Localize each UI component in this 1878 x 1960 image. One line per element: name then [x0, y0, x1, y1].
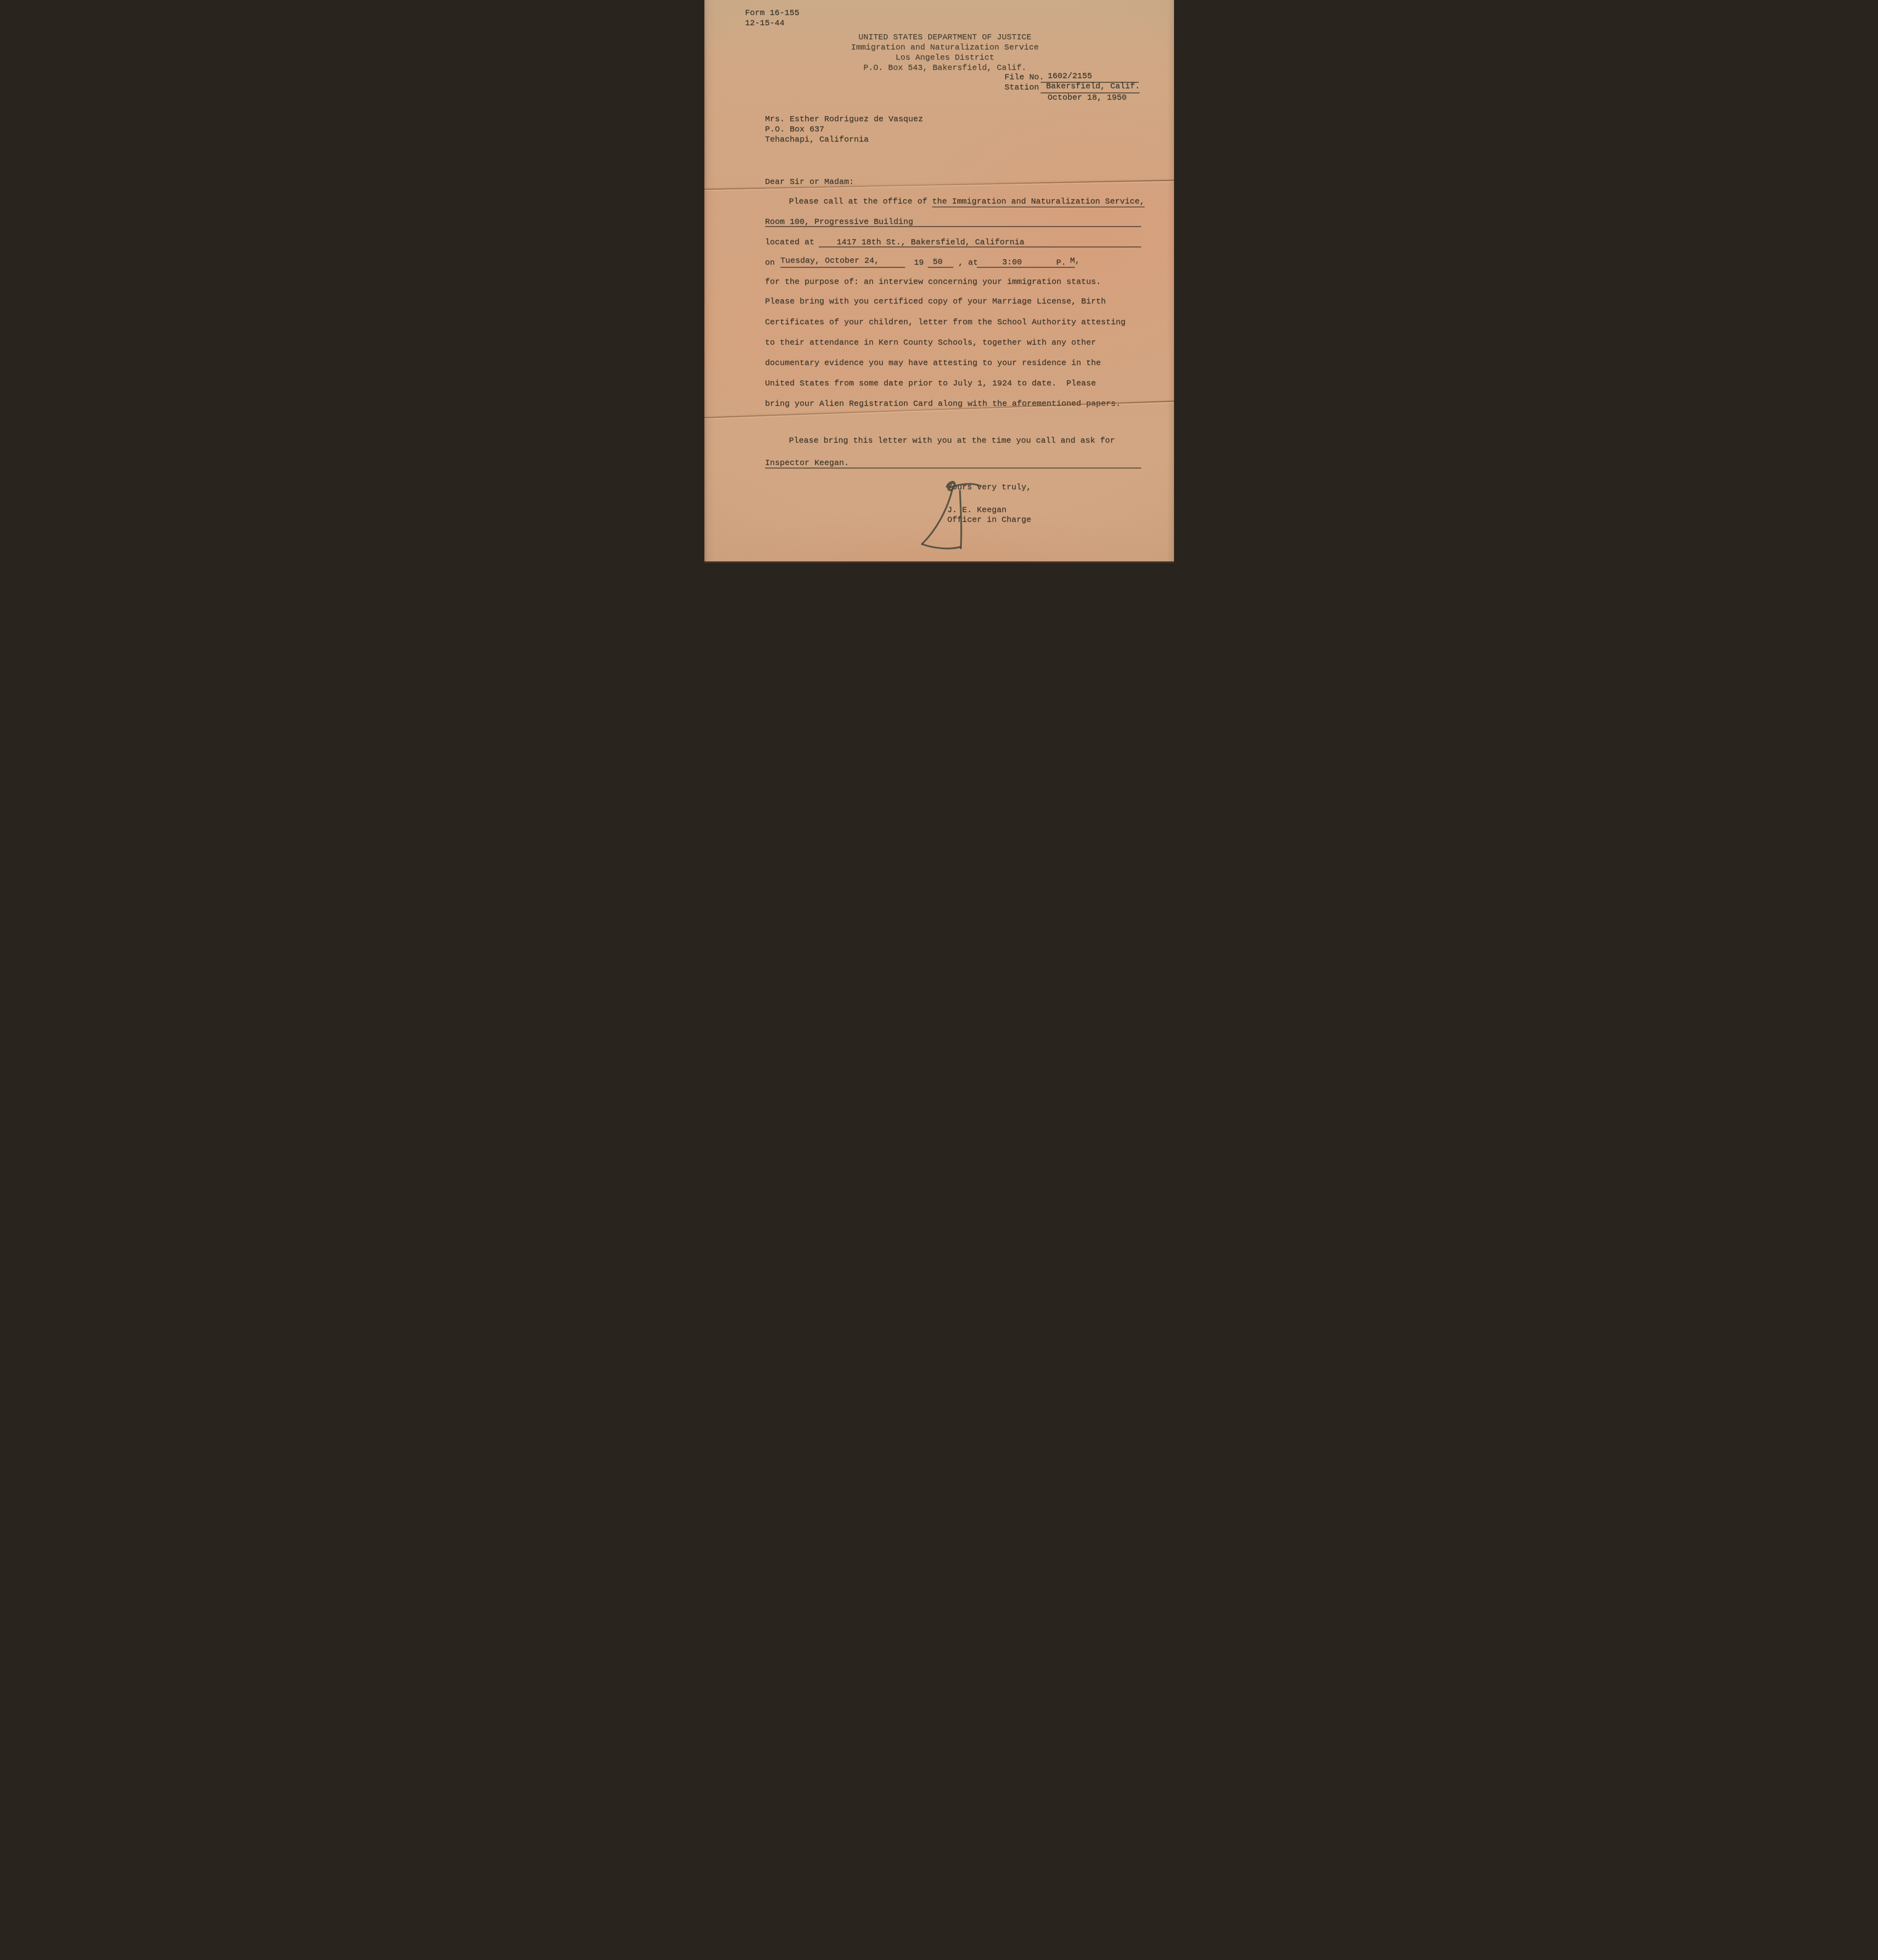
letterhead-address: P.O. Box 543, Bakersfield, Calif.: [864, 64, 1027, 73]
appointment-ampm-m: M,: [1070, 256, 1080, 266]
appointment-ampm: P.M,: [1056, 258, 1080, 268]
appointment-ampm-p: P.: [1056, 258, 1066, 267]
station-value: Bakersfield, Calif.: [1046, 82, 1140, 92]
form-number: Form 16-155: [745, 9, 800, 18]
appointment-year-suffix: 50: [933, 258, 943, 267]
file-number-label: File No.: [1005, 73, 1044, 83]
appointment-line1: Please call at the office of the Immigra…: [789, 197, 1145, 207]
recipient-city: Tehachapi, California: [765, 135, 869, 145]
appointment-on-label: on: [765, 258, 775, 267]
body-line: to their attendance in Kern County Schoo…: [765, 338, 1096, 348]
inspector-name: Inspector Keegan.: [765, 459, 849, 468]
appointment-day: Tuesday, October 24,: [780, 256, 879, 266]
form-revision-date: 12-15-44: [745, 19, 785, 29]
scan-edge: [704, 561, 1174, 565]
document-page: Form 16-155 12-15-44 UNITED STATES DEPAR…: [704, 0, 1174, 565]
recipient-name: Mrs. Esther Rodriguez de Vasquez: [765, 115, 923, 125]
letter-date: October 18, 1950: [1048, 93, 1127, 103]
body-line: Certificates of your children, letter fr…: [765, 318, 1126, 328]
station-label: Station: [1005, 83, 1039, 93]
body-line: documentary evidence you may have attest…: [765, 359, 1101, 368]
letterhead-district: Los Angeles District: [895, 53, 994, 63]
file-number-value: 1602/2155: [1048, 72, 1092, 82]
letterhead-service: Immigration and Naturalization Service: [851, 43, 1039, 53]
handwritten-signature: [912, 471, 991, 550]
appointment-line4: onTuesday, October 24,: [765, 258, 879, 268]
recipient-po-box: P.O. Box 637: [765, 125, 824, 135]
appointment-at-label: , at: [958, 258, 978, 268]
letterhead-agency: UNITED STATES DEPARTMENT OF JUSTICE: [858, 33, 1031, 43]
appointment-line1-prefix: Please call at the office of: [789, 197, 932, 206]
appointment-located-at-label: located at: [765, 238, 815, 248]
closing-para-line1: Please bring this letter with you at the…: [789, 436, 1115, 446]
appointment-year-prefix: 19: [914, 258, 924, 268]
appointment-time: 3:00: [1002, 258, 1022, 268]
body-line: for the purpose of: an interview concern…: [765, 278, 1101, 287]
body-line: Please bring with you certificed copy of…: [765, 297, 1106, 307]
body-line: United States from some date prior to Ju…: [765, 379, 1096, 389]
appointment-street-address: 1417 18th St., Bakersfield, California: [837, 238, 1025, 248]
appointment-building: Room 100, Progressive Building: [765, 218, 913, 227]
appointment-office-underlined: the Immigration and Naturalization Servi…: [932, 197, 1145, 207]
